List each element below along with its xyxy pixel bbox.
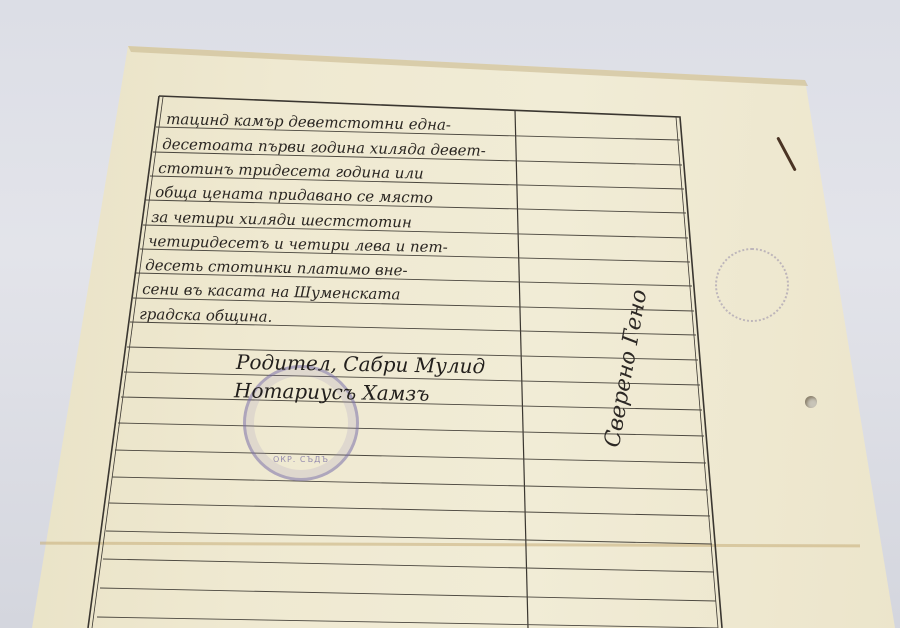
signature-line-1: Родител, Сабри Мулид xyxy=(236,350,486,378)
stamp-text: ОКР. СЪДЪ xyxy=(246,455,356,464)
handwritten-line-9: градска община. xyxy=(139,305,273,326)
punched-hole xyxy=(805,396,817,408)
signature-line-2: Нотариусъ Хамзъ xyxy=(234,378,430,405)
faded-stamp-right xyxy=(715,248,789,322)
